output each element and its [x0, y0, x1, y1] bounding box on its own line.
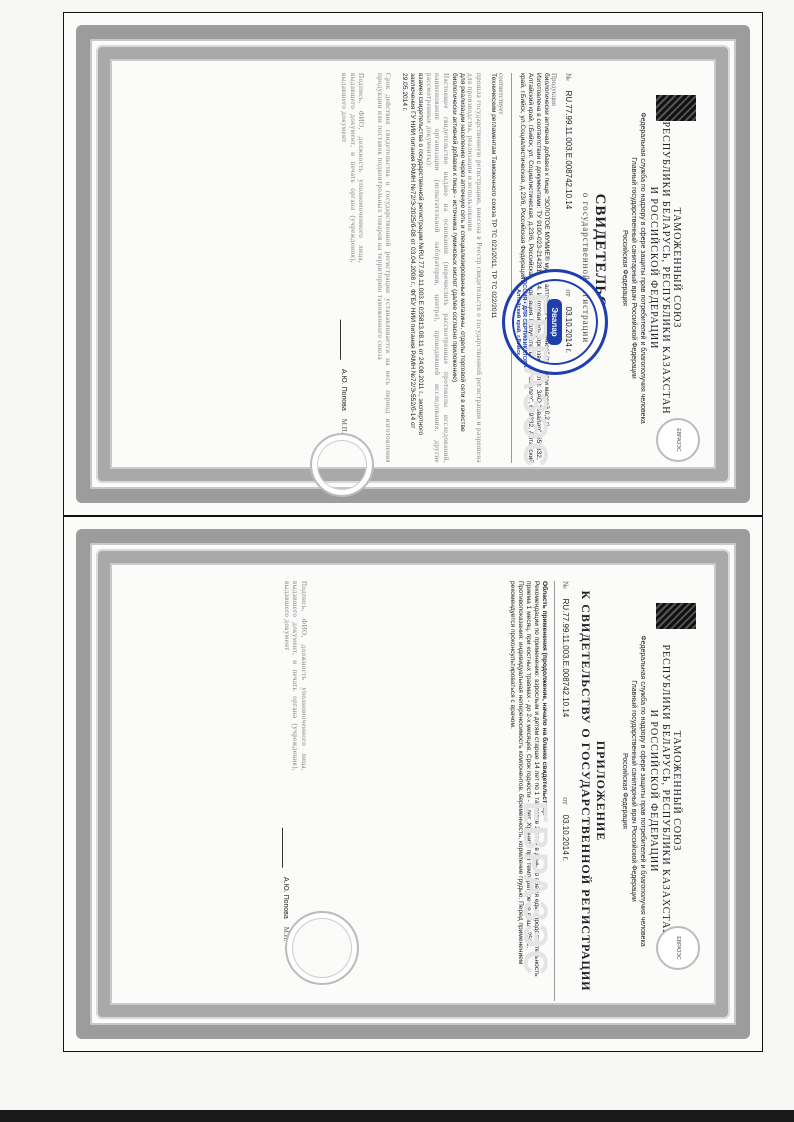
certificate-header: ТАМОЖЕННЫЙ СОЮЗ РЕСПУБЛИКИ БЕЛАРУСЬ, РЕС…	[620, 73, 682, 463]
security-code-icon	[656, 603, 696, 629]
divider	[554, 581, 555, 1001]
appendix-title: ПРИЛОЖЕНИЕ	[593, 581, 608, 1001]
agency-line-3: Российская Федерация	[620, 581, 629, 1001]
signature-mark	[283, 828, 302, 875]
certificate-number-line: № RU.77.99.11.003.Е.008742.10.14 от 03.1…	[564, 73, 573, 463]
agency-line-3: Российская Федерация	[620, 73, 629, 463]
complies-text: Техническим регламентам Таможенного союз…	[489, 73, 497, 463]
scan-edge	[0, 1110, 794, 1122]
security-code-icon	[656, 95, 696, 121]
certificate-content: ЕВРАЗЭС ЕВРАЗЭС ТАМОЖЕННЫЙ СОЮЗ РЕСПУБЛИ…	[114, 73, 704, 463]
certificate-sheet: ЕВРАЗЭС ЕВРАЗЭС ТАМОЖЕННЫЙ СОЮЗ РЕСПУБЛИ…	[63, 12, 763, 516]
agency-line-1: Федеральная служба по надзору в сфере за…	[638, 73, 647, 463]
stamp-ring-text: РОССИЯ • ДЛЯ СЕРТИФИКАТОВ • Алтайский кр…	[515, 272, 527, 372]
signer-name: А.Ю. Попова	[340, 369, 347, 411]
certificate-subtitle: о государственной регистрации	[581, 73, 591, 463]
appendix-number-line: № RU.77.99.11.003.Е.008742.10.14 от 03.1…	[561, 581, 570, 1001]
official-seal	[310, 433, 374, 497]
eurasec-logo-icon: ЕВРАЗЭС	[656, 418, 700, 462]
appendix-content: ЕВРАЗЭС ЕВРАЗЭС ТАМОЖЕННЫЙ СОЮЗ РЕСПУБЛИ…	[114, 581, 704, 1001]
official-seal	[285, 911, 359, 985]
appendix-number: RU.77.99.11.003.Е.008742.10.14	[561, 599, 570, 718]
appendix-sheet: ЕВРАЗЭС ЕВРАЗЭС ТАМОЖЕННЫЙ СОЮЗ РЕСПУБЛИ…	[63, 516, 763, 1052]
agency-line-1: Федеральная служба по надзору в сфере за…	[638, 581, 647, 1001]
divider	[511, 73, 512, 463]
agency-line-2: Главный государственный санитарный врач …	[629, 581, 638, 1001]
appendix-title-2: К СВИДЕТЕЛЬСТВУ О ГОСУДАРСТВЕННОЙ РЕГИСТ…	[578, 581, 593, 1001]
company-stamp: Эвалар РОССИЯ • ДЛЯ СЕРТИФИКАТОВ • Алтай…	[502, 269, 608, 375]
signature-mark	[340, 320, 359, 367]
stamp-brand: Эвалар	[548, 299, 563, 344]
signature-note: Подпись, ФИО, должность уполномоченного …	[283, 581, 309, 771]
validity-text: Срок действия свидетельства о государств…	[376, 73, 393, 463]
eurasec-logo-icon: ЕВРАЗЭС	[656, 926, 700, 970]
appendix-date: 03.10.2014 г.	[561, 815, 570, 861]
signature-row: Подпись, ФИО, должность уполномоченного …	[340, 73, 366, 463]
registration-text: прошла государственную регистрацию, внес…	[466, 73, 483, 463]
signer-name: А.Ю. Попова	[283, 877, 290, 919]
basis-text: Настоящее свидетельство выдано на основа…	[425, 73, 451, 463]
basis-docs: взамен свидетельства о государственной р…	[401, 73, 425, 463]
certificate-title: СВИДЕТЕЛЬСТВО	[591, 73, 608, 463]
agency-line-2: Главный государственный санитарный врач …	[629, 73, 638, 463]
complies-label: соответствует	[497, 73, 505, 463]
states-line-2: И РОССИЙСКОЙ ФЕДЕРАЦИИ	[647, 73, 659, 463]
union-name: ТАМОЖЕННЫЙ СОЮЗ	[671, 73, 682, 463]
states-line-1: РЕСПУБЛИКИ БЕЛАРУСЬ, РЕСПУБЛИКИ КАЗАХСТА…	[659, 73, 671, 463]
signature-note: Подпись, ФИО, должность уполномоченного …	[340, 73, 366, 263]
seal-place: М.П.	[340, 419, 348, 434]
eurasec-watermark: ЕВРАЗЭС	[515, 801, 554, 977]
usage-text: для реализации населению через аптечную …	[450, 73, 466, 463]
certificate-number: RU.77.99.11.003.Е.008742.10.14	[564, 91, 573, 210]
